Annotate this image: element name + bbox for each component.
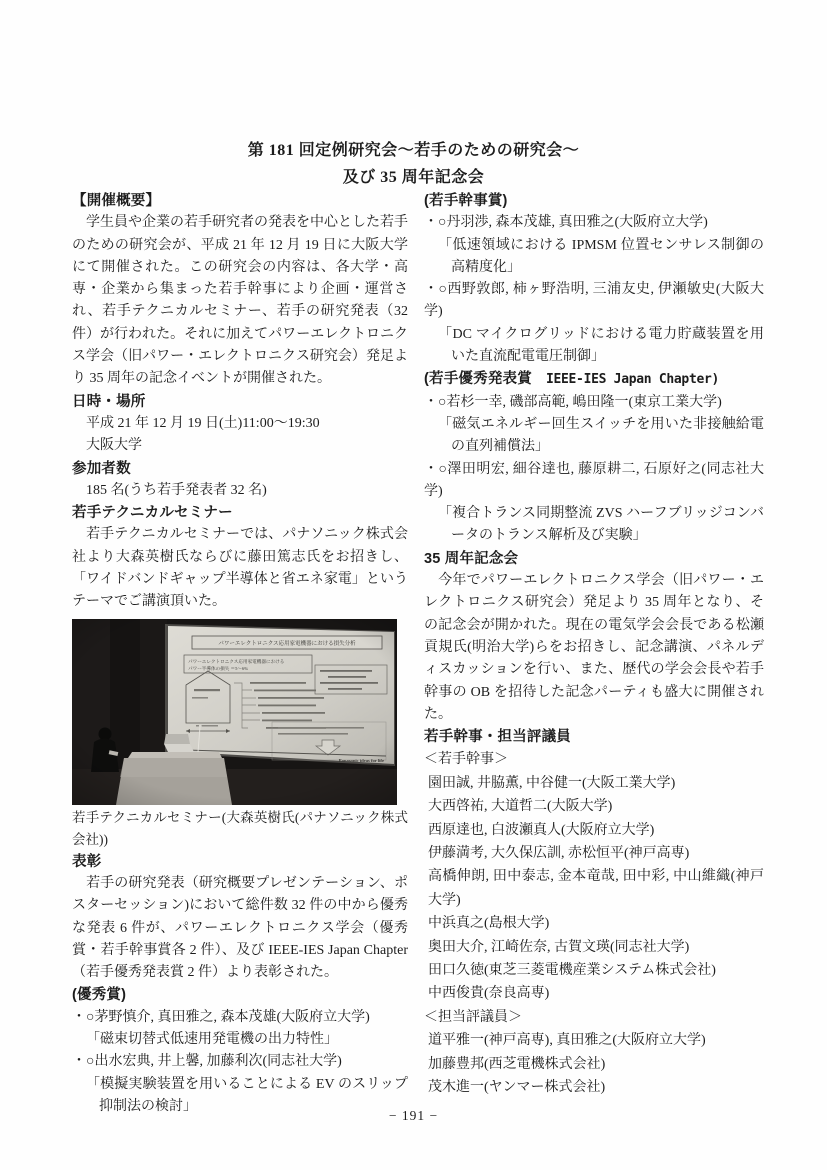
overview-heading: 【開催概要】 — [72, 190, 408, 212]
secretary-name-row: 伊藤満考, 大久保広訓, 赤松恒平(神戸高専) — [424, 842, 764, 865]
secretary-name-row: 園田誠, 井脇薫, 中谷健一(大阪工業大学) — [424, 772, 764, 795]
award-entry-authors: ・○丹羽渉, 森本茂雄, 真田雅之(大阪府立大学) — [424, 212, 764, 234]
secretaries-label: ＜若手幹事＞ — [424, 748, 764, 771]
anniversary-body: 今年でパワーエレクトロニクス学会（旧パワー・エレクトロニクス研究会）発足より 3… — [424, 570, 764, 726]
seminar-heading: 若手テクニカルセミナー — [72, 502, 408, 524]
photo-vignette — [72, 619, 397, 805]
secretary-name-row: 西原達也, 白波瀬真人(大阪府立大学) — [424, 819, 764, 842]
participants-value: 185 名(うち若手発表者 32 名) — [72, 480, 408, 502]
right-column: (若手幹事賞) ・○丹羽渉, 森本茂雄, 真田雅之(大阪府立大学) 「低速領域に… — [424, 190, 764, 1100]
staff-lists: ＜若手幹事＞ 園田誠, 井脇薫, 中谷健一(大阪工業大学) 大西啓祐, 大道哲二… — [424, 748, 764, 1099]
title-line-1: 第 181 回定例研究会～若手のための研究会～ — [0, 137, 827, 164]
award-entry: ・○西野敦郎, 柿ヶ野浩明, 三浦友史, 伊瀬敏史(大阪大学) 「DC マイクロ… — [424, 279, 764, 368]
document-title: 第 181 回定例研究会～若手のための研究会～ 及び 35 周年記念会 — [0, 137, 827, 191]
excellence-award-heading: (優秀賞) — [72, 984, 408, 1006]
secretary-award-heading: (若手幹事賞) — [424, 190, 764, 212]
datetime-heading: 日時・場所 — [72, 391, 408, 413]
ieee-award-heading: (若手優秀発表賞IEEE-IES Japan Chapter) — [424, 368, 764, 391]
secretary-name-row: 大西啓祐, 大道哲二(大阪大学) — [424, 795, 764, 818]
ieee-award-heading-en: IEEE-IES Japan Chapter) — [546, 372, 719, 387]
councilors-label: ＜担当評議員＞ — [424, 1006, 764, 1029]
seminar-photo-image: パワーエレクトロニクス応用家電機器における損失分析 パワーエレクトロニクス応用家… — [72, 619, 397, 805]
datetime-value: 平成 21 年 12 月 19 日(土)11:00～19:30 — [72, 413, 408, 435]
document-page: 第 181 回定例研究会～若手のための研究会～ 及び 35 周年記念会 【開催概… — [0, 0, 827, 1170]
award-entry-title: 「磁束切替式低速用発電機の出力特性」 — [72, 1029, 408, 1051]
award-entry-title: 「複合トランス同期整流 ZVS ハーフブリッジコンバータのトランス解析及び実験」 — [424, 503, 764, 548]
page-number: − 191 − — [0, 1108, 827, 1124]
secretary-name-row: 田口久徳(東芝三菱電機産業システム株式会社) — [424, 959, 764, 982]
participants-heading: 参加者数 — [72, 458, 408, 480]
seminar-body: 若手テクニカルセミナーでは、パナソニック株式会社より大森英樹氏ならびに藤田篤志氏… — [72, 524, 408, 613]
secretary-name-row: 中浜真之(島根大学) — [424, 912, 764, 935]
title-line-2: 及び 35 周年記念会 — [0, 164, 827, 191]
seminar-photo: パワーエレクトロニクス応用家電機器における損失分析 パワーエレクトロニクス応用家… — [72, 619, 397, 805]
councilor-name-row: 加藤豊邦(西芝電機株式会社) — [424, 1053, 764, 1076]
award-entry-authors: ・○茅野慎介, 真田雅之, 森本茂雄(大阪府立大学) — [72, 1007, 408, 1029]
award-entry-authors: ・○若杉一幸, 磯部高範, 嶋田隆一(東京工業大学) — [424, 392, 764, 414]
anniversary-heading: 35 周年記念会 — [424, 548, 764, 570]
councilor-name-row: 道平雅一(神戸高専), 真田雅之(大阪府立大学) — [424, 1029, 764, 1052]
award-entry-authors: ・○西野敦郎, 柿ヶ野浩明, 三浦友史, 伊瀬敏史(大阪大学) — [424, 279, 764, 324]
award-heading: 表彰 — [72, 851, 408, 873]
secretary-name-row: 高橋伸朗, 田中泰志, 金本竜哉, 田中彩, 中山維織(神戸大学) — [424, 865, 764, 912]
photo-caption: 若手テクニカルセミナー(大森英樹氏(パナソニック株式会社)) — [72, 807, 408, 851]
award-entry: ・○若杉一幸, 磯部高範, 嶋田隆一(東京工業大学) 「磁気エネルギー回生スイッ… — [424, 392, 764, 459]
award-entry-authors: ・○出水宏典, 井上馨, 加藤利次(同志社大学) — [72, 1051, 408, 1073]
secretary-name-row: 中西俊貴(奈良高専) — [424, 982, 764, 1005]
award-entry: ・○茅野慎介, 真田雅之, 森本茂雄(大阪府立大学) 「磁束切替式低速用発電機の… — [72, 1007, 408, 1052]
award-entry-title: 「磁気エネルギー回生スイッチを用いた非接触給電の直列補償法」 — [424, 414, 764, 459]
ieee-award-heading-jp: (若手優秀発表賞 — [424, 371, 532, 387]
staff-heading: 若手幹事・担当評議員 — [424, 726, 764, 748]
overview-body: 学生員や企業の若手研究者の発表を中心とした若手のための研究会が、平成 21 年 … — [72, 212, 408, 390]
award-entry-authors: ・○澤田明宏, 細谷達也, 藤原耕二, 石原好之(同志社大学) — [424, 459, 764, 504]
venue-value: 大阪大学 — [72, 435, 408, 457]
award-body: 若手の研究発表（研究概要プレゼンテーション、ポスターセッション)において総件数 … — [72, 873, 408, 984]
left-column: 【開催概要】 学生員や企業の若手研究者の発表を中心とした若手のための研究会が、平… — [72, 190, 408, 1118]
award-entry-title: 「低速領域における IPMSM 位置センサレス制御の高精度化」 — [424, 235, 764, 280]
councilor-name-row: 茂木進一(ヤンマー株式会社) — [424, 1076, 764, 1099]
award-entry: ・○澤田明宏, 細谷達也, 藤原耕二, 石原好之(同志社大学) 「複合トランス同… — [424, 459, 764, 548]
secretary-name-row: 奥田大介, 江崎佐奈, 古賀文瑛(同志社大学) — [424, 936, 764, 959]
award-entry: ・○丹羽渉, 森本茂雄, 真田雅之(大阪府立大学) 「低速領域における IPMS… — [424, 212, 764, 279]
award-entry-title: 「DC マイクログリッドにおける電力貯蔵装置を用いた直流配電電圧制御」 — [424, 324, 764, 369]
